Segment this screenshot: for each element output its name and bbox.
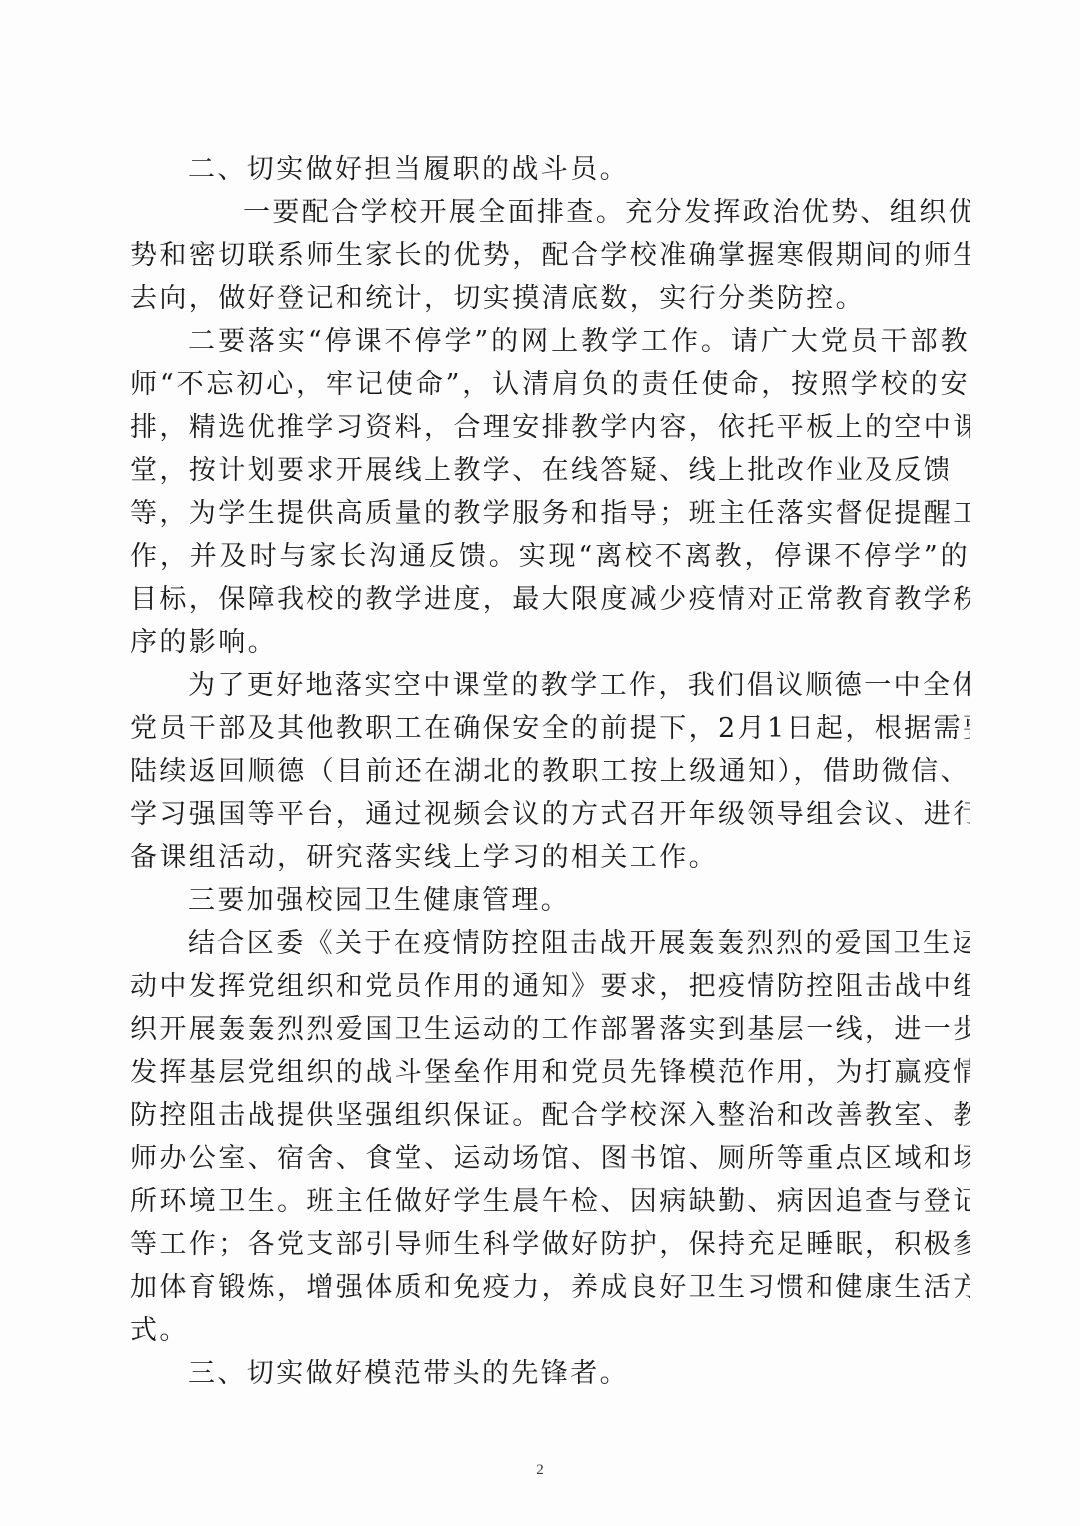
paragraph-line: 学习强国等平台，通过视频会议的方式召开年级领导组会议、进行 [130, 793, 970, 836]
paragraph-line: 等工作；各党支部引导师生科学做好防护，保持充足睡眠，积极参 [130, 1223, 970, 1266]
paragraph-line: 排，精选优推学习资料，合理安排教学内容，依托平板上的空中课 [130, 406, 970, 449]
paragraph-line: 动中发挥党组织和党员作用的通知》要求，把疫情防控阻击战中组 [130, 965, 970, 1008]
paragraph-line: 师办公室、宿舍、食堂、运动场馆、图书馆、厕所等重点区域和场 [130, 1137, 970, 1180]
paragraph-line: 备课组活动，研究落实线上学习的相关工作。 [130, 836, 970, 879]
paragraph-line: 式。 [130, 1309, 970, 1352]
paragraph-line: 序的影响。 [130, 621, 970, 664]
paragraph-line: 织开展轰轰烈烈爱国卫生运动的工作部署落实到基层一线，进一步 [130, 1008, 970, 1051]
document-page: 二、切实做好担当履职的战斗员。 一要配合学校开展全面排查。充分发挥政治优势、组织… [0, 0, 1080, 1526]
paragraph-line: 目标，保障我校的教学进度，最大限度减少疫情对正常教育教学秩 [130, 578, 970, 621]
paragraph-line: 发挥基层党组织的战斗堡垒作用和党员先锋模范作用，为打赢疫情 [130, 1051, 970, 1094]
paragraph-line: 所环境卫生。班主任做好学生晨午检、因病缺勤、病因追查与登记 [130, 1180, 970, 1223]
paragraph-line: 等，为学生提供高质量的教学服务和指导；班主任落实督促提醒工 [130, 492, 970, 535]
paragraph-line: 去向，做好登记和统计，切实摸清底数，实行分类防控。 [130, 277, 970, 320]
paragraph-line: 党员干部及其他教职工在确保安全的前提下，2月1日起，根据需要 [130, 707, 970, 750]
paragraph-line: 势和密切联系师生家长的优势，配合学校准确掌握寒假期间的师生 [130, 234, 970, 277]
paragraph-line: 作，并及时与家长沟通反馈。实现“离校不离教，停课不停学”的 [130, 535, 970, 578]
subsection-heading: 三要加强校园卫生健康管理。 [188, 879, 970, 922]
paragraph-line: 结合区委《关于在疫情防控阻击战开展轰轰烈烈的爱国卫生运 [188, 922, 970, 965]
paragraph-line: 一要配合学校开展全面排查。充分发挥政治优势、组织优 [243, 191, 970, 234]
paragraph-line: 防控阻击战提供坚强组织保证。配合学校深入整治和改善教室、教 [130, 1094, 970, 1137]
page-number: 2 [0, 1462, 1080, 1479]
section-heading-3: 三、切实做好模范带头的先锋者。 [188, 1352, 970, 1395]
paragraph-line: 为了更好地落实空中课堂的教学工作，我们倡议顺德一中全体 [188, 664, 970, 707]
paragraph-line: 师“不忘初心，牢记使命”，认清肩负的责任使命，按照学校的安 [130, 363, 970, 406]
section-heading-2: 二、切实做好担当履职的战斗员。 [188, 148, 970, 191]
paragraph-line: 二要落实“停课不停学”的网上教学工作。请广大党员干部教 [188, 320, 970, 363]
paragraph-line: 陆续返回顺德（目前还在湖北的教职工按上级通知），借助微信、 [130, 750, 970, 793]
paragraph-line: 堂，按计划要求开展线上教学、在线答疑、线上批改作业及反馈 [130, 449, 948, 492]
paragraph-line: 加体育锻炼，增强体质和免疫力，养成良好卫生习惯和健康生活方 [130, 1266, 970, 1309]
